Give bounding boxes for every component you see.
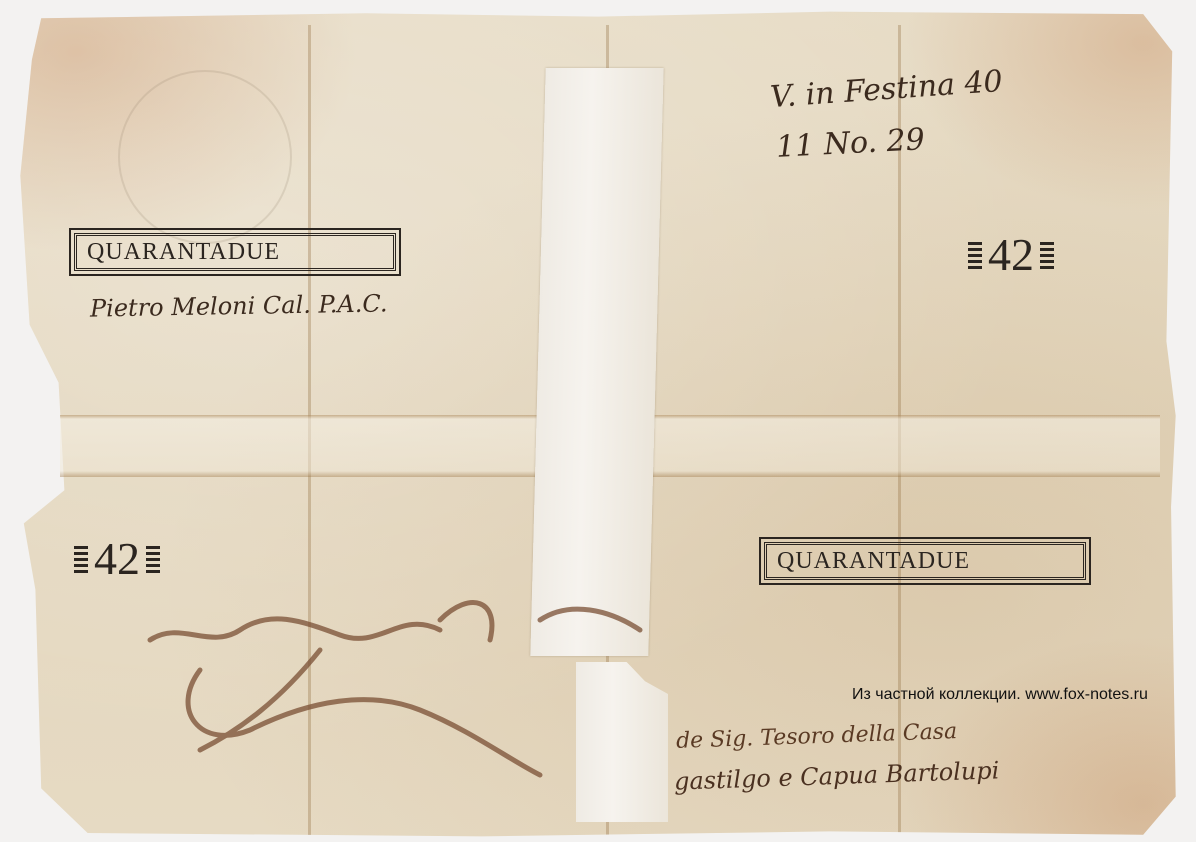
denomination-word-stamp: QUARANTADUE <box>764 542 1086 580</box>
paper-tape-upper <box>530 68 663 656</box>
denomination-word-stamp: QUARANTADUE <box>74 233 396 271</box>
ornament-bars-icon <box>74 546 88 573</box>
handwritten-signature: Pietro Meloni Cal. P.A.C. <box>90 289 388 322</box>
ornament-bars-icon <box>1040 242 1054 269</box>
ornament-bars-icon <box>968 242 982 269</box>
ornament-bars-icon <box>146 546 160 573</box>
denomination-number-stamp: 42 <box>968 232 1054 278</box>
faded-seal <box>118 70 292 244</box>
ink-scrawl-icon <box>140 580 660 780</box>
denomination-number: 42 <box>988 232 1034 278</box>
collection-watermark: Из частной коллекции. www.fox-notes.ru <box>852 686 1148 704</box>
denomination-number: 42 <box>94 536 140 582</box>
denomination-number-stamp: 42 <box>74 536 160 582</box>
